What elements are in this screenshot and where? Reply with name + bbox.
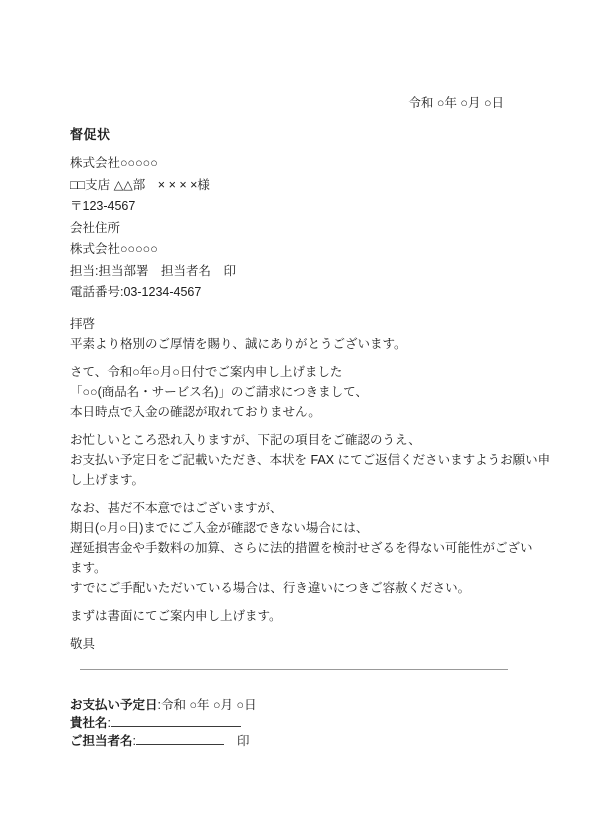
separator-rule [80, 669, 508, 670]
salutation: 拝啓 [70, 314, 520, 334]
person-name-row: ご担当者名:印 [70, 732, 520, 750]
body-line: さて、令和○年○月○日付でご案内申し上げました [70, 362, 520, 382]
page-title: 督促状 [70, 125, 520, 145]
reply-form: お支払い予定日:令和 ○年 ○月 ○日 貴社名: ご担当者名:印 [70, 696, 520, 750]
paragraph-warning: なお、甚だ不本意ではございますが、 期日(○月○日)までにご入金が確認できない場… [70, 498, 520, 598]
body-line: 遅延損害金や手数料の加算、さらに法的措置を検討せざるを得ない可能性がござい [70, 538, 520, 558]
company-name-blank-line [111, 715, 241, 727]
paragraph-notice: さて、令和○年○月○日付でご案内申し上げました 「○○(商品名・サービス名)」の… [70, 362, 520, 422]
recipient-company: 株式会社○○○○○ [70, 153, 520, 175]
person-name-label: ご担当者名 [70, 734, 133, 748]
seal-mark: 印 [237, 734, 250, 748]
body-line: 期日(○月○日)までにご入金が確認できない場合には、 [70, 518, 520, 538]
company-name-row: 貴社名: [70, 714, 520, 732]
keigu: 敬具 [70, 634, 520, 654]
closing-notice: まずは書面にてご案内申し上げます。 [70, 606, 520, 626]
payment-date-value: 令和 ○年 ○月 ○日 [161, 698, 257, 712]
sender-company: 株式会社○○○○○ [70, 239, 520, 261]
greeting-line: 平素より格別のご厚情を賜り、誠にありがとうございます。 [70, 334, 520, 354]
recipient-dept-person: □□支店 △△部 × × × ×様 [70, 175, 520, 197]
body-line: し上げます。 [70, 470, 520, 490]
body-line: お支払い予定日をご記載いただき、本状を FAX にてご返信くださいますようお願い… [70, 450, 520, 470]
sender-postal-code: 〒123-4567 [70, 196, 520, 218]
body-line: お忙しいところ恐れ入りますが、下記の項目をご確認のうえ、 [70, 430, 520, 450]
sender-address: 会社住所 [70, 218, 520, 240]
body-line: なお、甚だ不本意ではございますが、 [70, 498, 520, 518]
body-line: ます。 [70, 558, 520, 578]
body-line: 本日時点で入金の確認が取れておりません。 [70, 402, 520, 422]
letter-page: 令和 ○年 ○月 ○日 督促状 株式会社○○○○○ □□支店 △△部 × × ×… [0, 0, 590, 831]
company-name-label: 貴社名 [70, 716, 108, 730]
payment-date-label: お支払い予定日 [70, 698, 158, 712]
closing-line: まずは書面にてご案内申し上げます。 [70, 606, 520, 626]
person-name-blank-line [136, 733, 224, 745]
body-line: 「○○(商品名・サービス名)」のご請求につきまして、 [70, 382, 520, 402]
paragraph-request: お忙しいところ恐れ入りますが、下記の項目をご確認のうえ、 お支払い予定日をご記載… [70, 430, 520, 490]
body-line: すでにご手配いただいている場合は、行き違いにつきご容赦ください。 [70, 578, 520, 598]
sender-phone: 電話番号:03-1234-4567 [70, 282, 520, 304]
payment-date-row: お支払い予定日:令和 ○年 ○月 ○日 [70, 696, 520, 714]
address-block: 株式会社○○○○○ □□支店 △△部 × × × ×様 〒123-4567 会社… [70, 153, 520, 304]
issue-date: 令和 ○年 ○月 ○日 [70, 93, 520, 113]
sender-contact: 担当:担当部署 担当者名 印 [70, 261, 520, 283]
greeting-block: 拝啓 平素より格別のご厚情を賜り、誠にありがとうございます。 [70, 314, 520, 354]
